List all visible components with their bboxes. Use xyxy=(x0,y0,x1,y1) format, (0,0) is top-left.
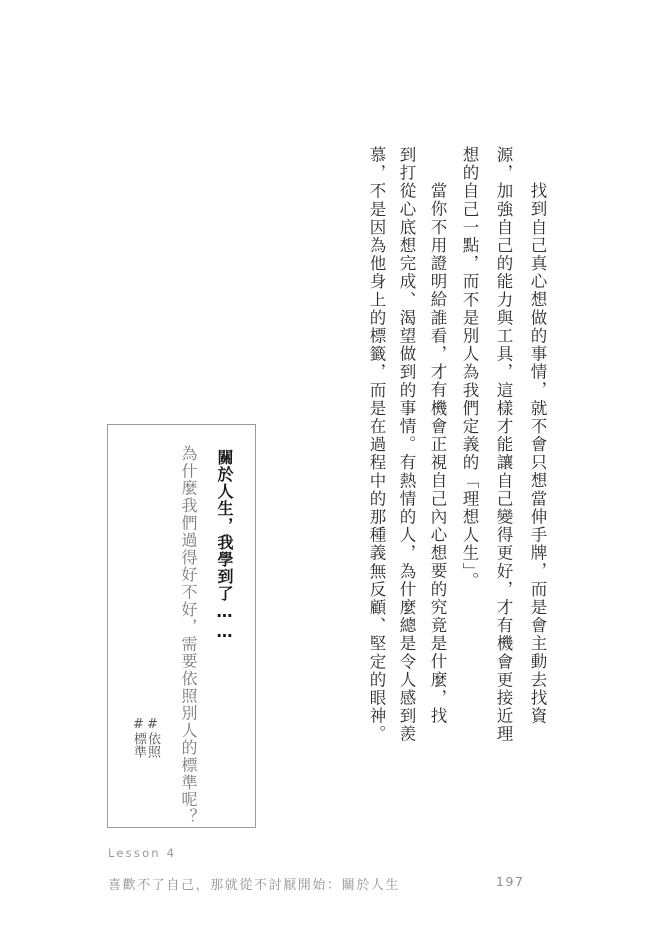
hashtag[interactable]: #依照 xyxy=(145,717,159,758)
body-column-5: 到打從心底想完成、渴望做到的事情。有熱情的人，為什麼總是令人感到羨 xyxy=(397,146,415,743)
body-column-6: 慕，不是因為他身上的標籤，而是在過程中的那種義無反顧、堅定的眼神。 xyxy=(367,146,385,743)
book-page: 找到自己真心想做的事情，就不會只想當伸手牌，而是會主動去找資 源，加強自己的能力… xyxy=(0,0,663,932)
hashtag-list: #依照 #標準 xyxy=(131,717,159,764)
body-column-4: 當你不用證明給誰看，才有機會正視自己內心想要的究竟是什麼，找 xyxy=(428,164,446,725)
takeaway-question: 為什麼我們過得好不好，需要依照別人的標準呢？ xyxy=(179,445,197,826)
body-column-2: 源，加強自己的能力與工具，這樣才能讓自己變得更好，才有機會更接近理 xyxy=(494,146,512,743)
running-footer-title: 喜歡不了自己，那就從不討厭開始：關於人生 xyxy=(108,874,400,893)
page-number: 197 xyxy=(496,874,524,889)
body-column-3: 想的自己一點，而不是別人為我們定義的「理想人生」。 xyxy=(460,146,478,590)
body-column-1: 找到自己真心想做的事情，就不會只想當伸手牌，而是會主動去找資 xyxy=(528,164,546,725)
takeaway-box: 關於人生，我學到了…… 為什麼我們過得好不好，需要依照別人的標準呢？ #依照 #… xyxy=(107,424,256,828)
hashtag[interactable]: #標準 xyxy=(131,717,145,758)
takeaway-title: 關於人生，我學到了…… xyxy=(215,449,233,642)
lesson-label: Lesson 4 xyxy=(108,846,176,860)
